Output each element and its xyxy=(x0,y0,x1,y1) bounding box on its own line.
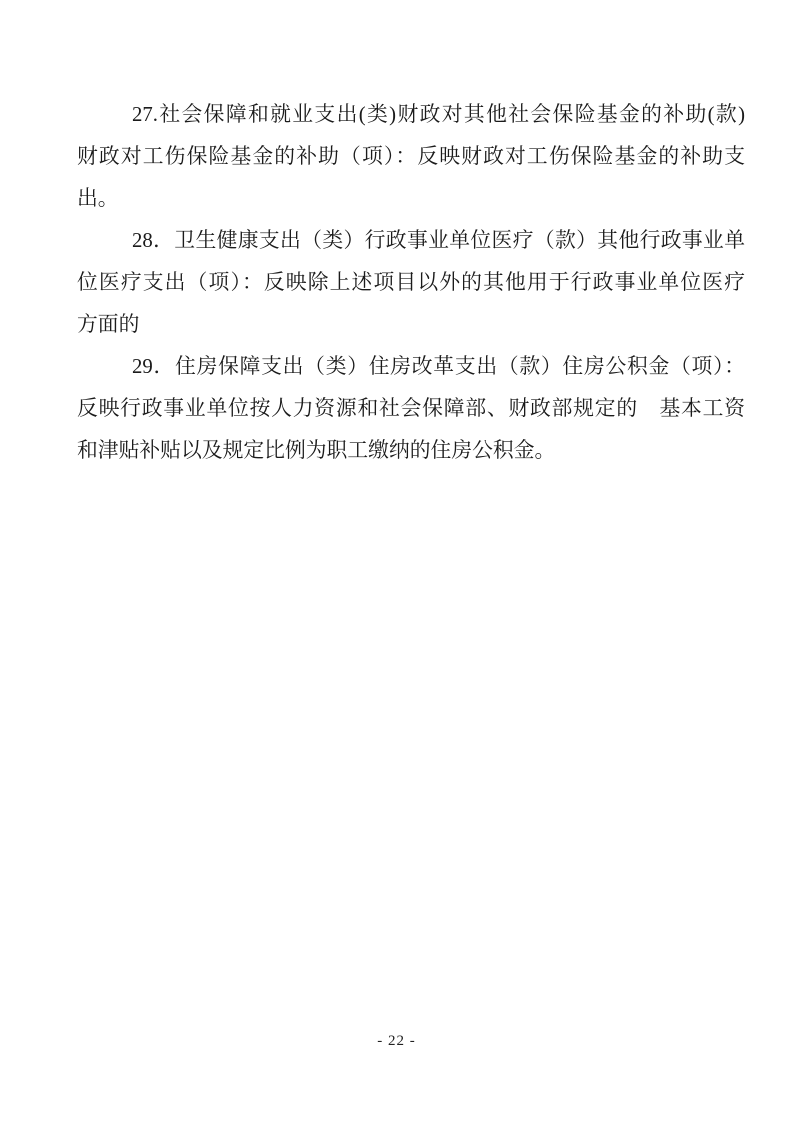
paragraph-line: 27.社会保障和就业支出(类)财政对其他社会保险基金的补助(款) xyxy=(77,94,745,136)
paragraph-line: 出。 xyxy=(77,178,745,220)
page-footer: - 22 - xyxy=(0,1031,793,1051)
paragraph-item-28: 28．卫生健康支出（类）行政事业单位医疗（款）其他行政事业单 位医疗支出（项）：… xyxy=(77,220,745,346)
paragraph-line: 29．住房保障支出（类）住房改革支出（款）住房公积金（项）： xyxy=(77,346,745,388)
document-page: 27.社会保障和就业支出(类)财政对其他社会保险基金的补助(款) 财政对工伤保险… xyxy=(0,0,793,1122)
paragraph-line: 28．卫生健康支出（类）行政事业单位医疗（款）其他行政事业单 xyxy=(77,220,745,262)
document-body: 27.社会保障和就业支出(类)财政对其他社会保险基金的补助(款) 财政对工伤保险… xyxy=(77,94,745,472)
paragraph-item-29: 29．住房保障支出（类）住房改革支出（款）住房公积金（项）： 反映行政事业单位按… xyxy=(77,346,745,472)
paragraph-line: 财政对工伤保险基金的补助（项）：反映财政对工伤保险基金的补助支 xyxy=(77,136,745,178)
paragraph-line: 反映行政事业单位按人力资源和社会保障部、财政部规定的 基本工资 xyxy=(77,388,745,430)
paragraph-item-27: 27.社会保障和就业支出(类)财政对其他社会保险基金的补助(款) 财政对工伤保险… xyxy=(77,94,745,220)
paragraph-line: 和津贴补贴以及规定比例为职工缴纳的住房公积金。 xyxy=(77,430,745,472)
page-number: - 22 - xyxy=(377,1033,416,1049)
paragraph-line: 方面的 xyxy=(77,304,745,346)
paragraph-line: 位医疗支出（项）：反映除上述项目以外的其他用于行政事业单位医疗 xyxy=(77,262,745,304)
